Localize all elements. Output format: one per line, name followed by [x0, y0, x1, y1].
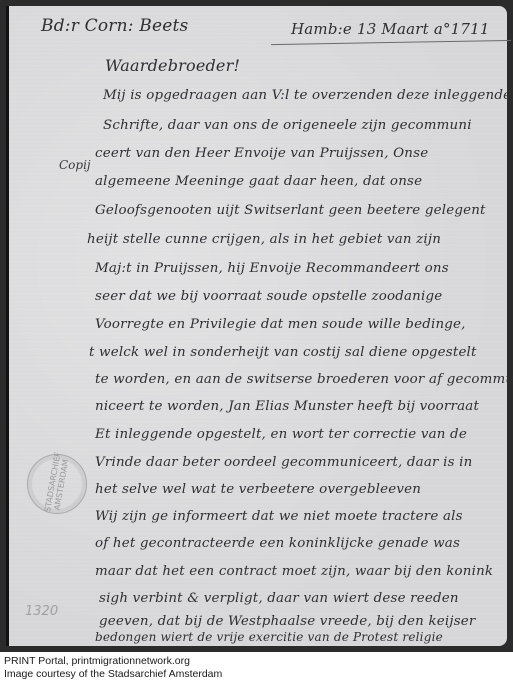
- letter-line-9: Voorregte en Privilegie dat men soude wi…: [95, 317, 466, 332]
- place-date: Hamb:e 13 Maart a°1711: [291, 20, 490, 38]
- letter-line-1: Mij is opgedraagen aan V:l te overzenden…: [103, 88, 511, 103]
- margin-note: Copij: [59, 158, 91, 172]
- folio-number: 1320: [25, 604, 58, 619]
- caption-source: PRINT Portal, printmigrationnetwork.org: [4, 655, 190, 667]
- manuscript-page: Bd:r Corn: Beets Hamb:e 13 Maart a°1711 …: [6, 6, 507, 646]
- letter-line-6: heijt stelle cunne crijgen, als in het g…: [87, 232, 441, 247]
- archive-stamp: STADSARCHIEF AMSTERDAM: [27, 454, 87, 514]
- letter-line-19: sigh verbint & verpligt, daar van wiert …: [99, 591, 459, 606]
- addressee: Bd:r Corn: Beets: [41, 16, 188, 36]
- stamp-label: STADSARCHIEF AMSTERDAM: [43, 454, 71, 514]
- letter-line-4: algemeene Meeninge gaat daar heen, dat o…: [95, 174, 422, 189]
- letter-line-17: of het gecontracteerde een koninklijcke …: [95, 536, 460, 551]
- letter-line-20: geeven, dat bij de Westphaalse vreede, b…: [99, 614, 476, 629]
- letter-line-12: niceert te worden, Jan Elias Munster hee…: [95, 399, 479, 414]
- salutation: Waardebroeder!: [105, 56, 240, 75]
- letter-line-8: seer dat we bij voorraat soude opstelle …: [95, 289, 442, 304]
- letter-line-7: Maj:t in Pruijssen, hij Envoije Recomman…: [95, 261, 449, 276]
- letter-line-18: maar dat het een contract moet zijn, waa…: [95, 564, 493, 579]
- letter-line-10: t welck wel in sonderheijt van costij sa…: [89, 345, 477, 360]
- letter-line-2: Schrifte, daar van ons de origeneele zij…: [103, 118, 472, 133]
- letter-line-13: Et inleggende opgestelt, en wort ter cor…: [95, 427, 467, 442]
- letter-line-3: ceert van den Heer Envoije van Pruijssen…: [95, 146, 428, 161]
- manuscript-scan: Bd:r Corn: Beets Hamb:e 13 Maart a°1711 …: [0, 0, 513, 652]
- letter-line-16: Wij zijn ge informeert dat we niet moete…: [95, 509, 463, 524]
- caption-credit: Image courtesy of the Stadsarchief Amste…: [4, 668, 222, 680]
- header-underline: [271, 40, 511, 45]
- letter-line-21: bedongen wiert de vrije exercitie van de…: [95, 630, 443, 644]
- letter-line-11: te worden, en aan de switserse broederen…: [95, 372, 513, 387]
- letter-line-5: Geloofsgenooten uijt Switserlant geen be…: [95, 203, 486, 218]
- letter-line-14: Vrinde daar beter oordeel gecommuniceert…: [95, 455, 472, 470]
- letter-line-15: het selve wel wat te verbeetere overgebl…: [95, 482, 421, 497]
